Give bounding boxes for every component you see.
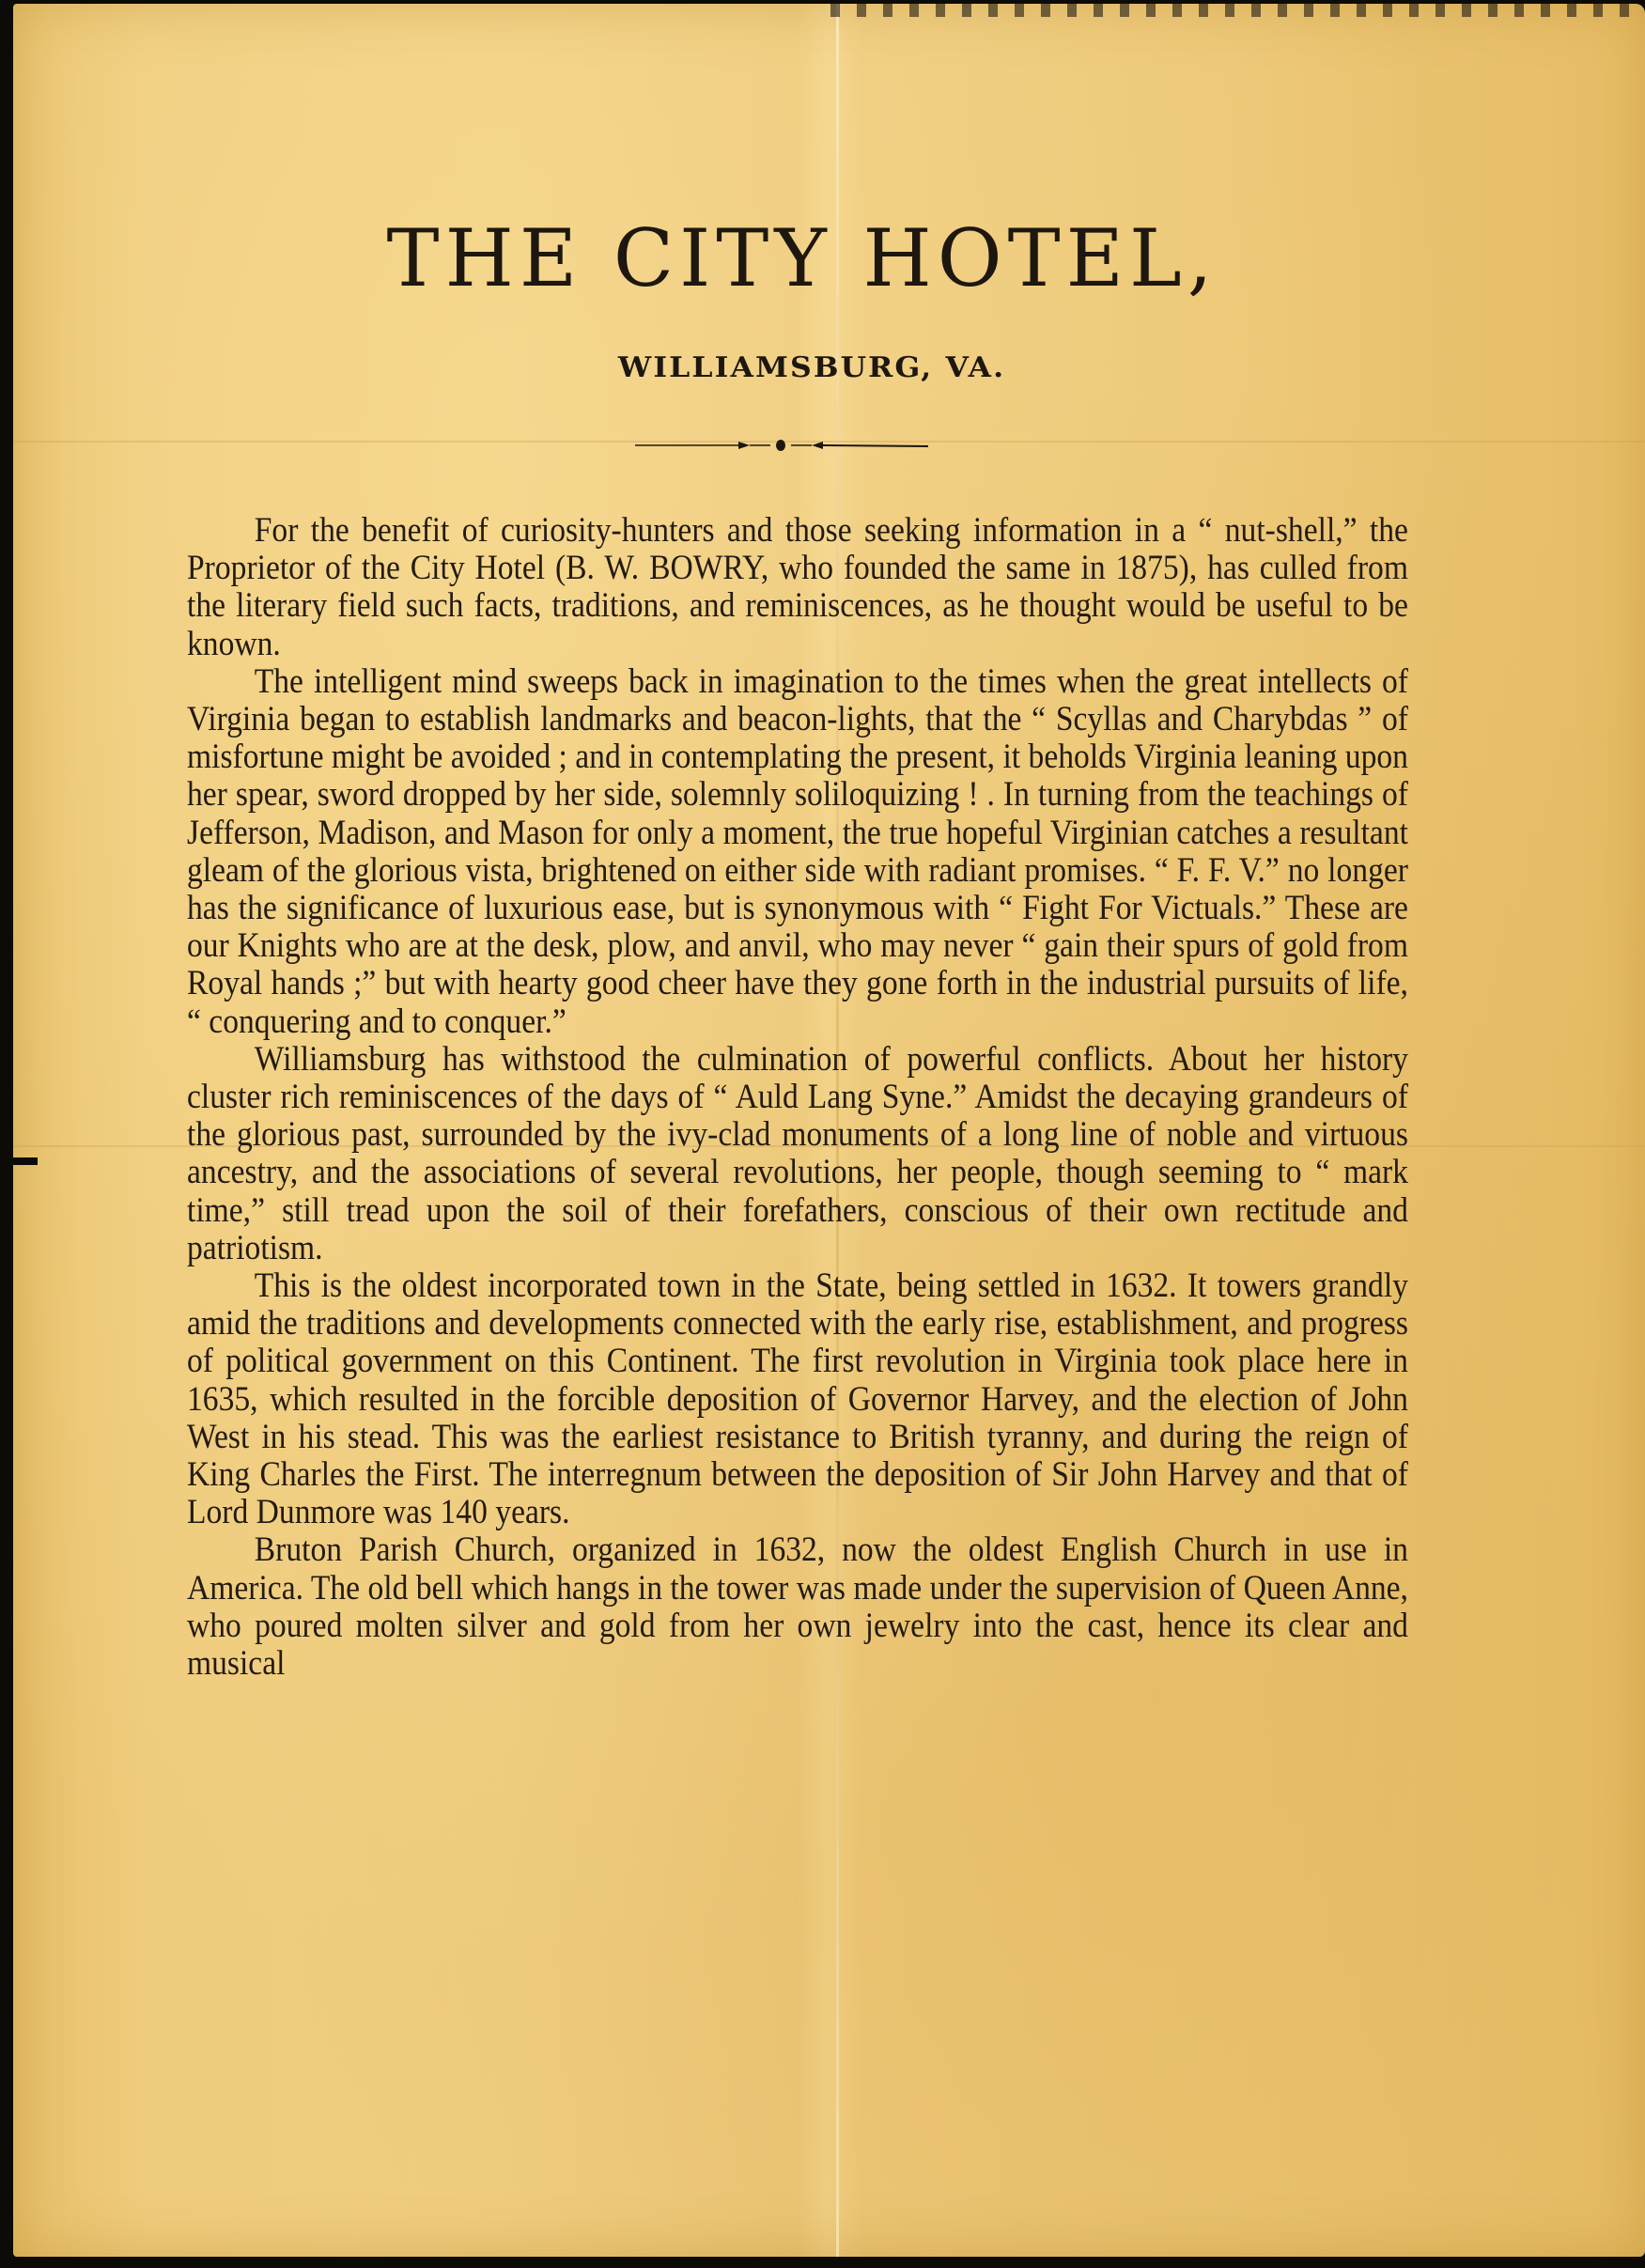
decorative-rule-icon: [633, 436, 930, 455]
document-title: THE CITY HOTEL,: [13, 212, 1591, 304]
paper-sheet: THE CITY HOTEL, WILLIAMSBURG, VA. For th…: [13, 4, 1645, 2257]
paragraph-bruton-parish: Bruton Parish Church, organized in 1632,…: [187, 1530, 1408, 1682]
body-text: For the benefit of curiosity-hunters and…: [187, 511, 1408, 1682]
document-subtitle: WILLIAMSBURG, VA.: [0, 351, 1645, 384]
paragraph-intellect: The intelligent mind sweeps back in imag…: [187, 662, 1408, 1040]
paragraph-williamsburg: Williamsburg has withstood the culminati…: [187, 1040, 1408, 1266]
edge-tear: [13, 1157, 38, 1165]
paragraph-intro: For the benefit of curiosity-hunters and…: [187, 511, 1408, 662]
paragraph-oldest-town: This is the oldest incorporated town in …: [187, 1266, 1408, 1530]
torn-edge: [830, 4, 1645, 17]
